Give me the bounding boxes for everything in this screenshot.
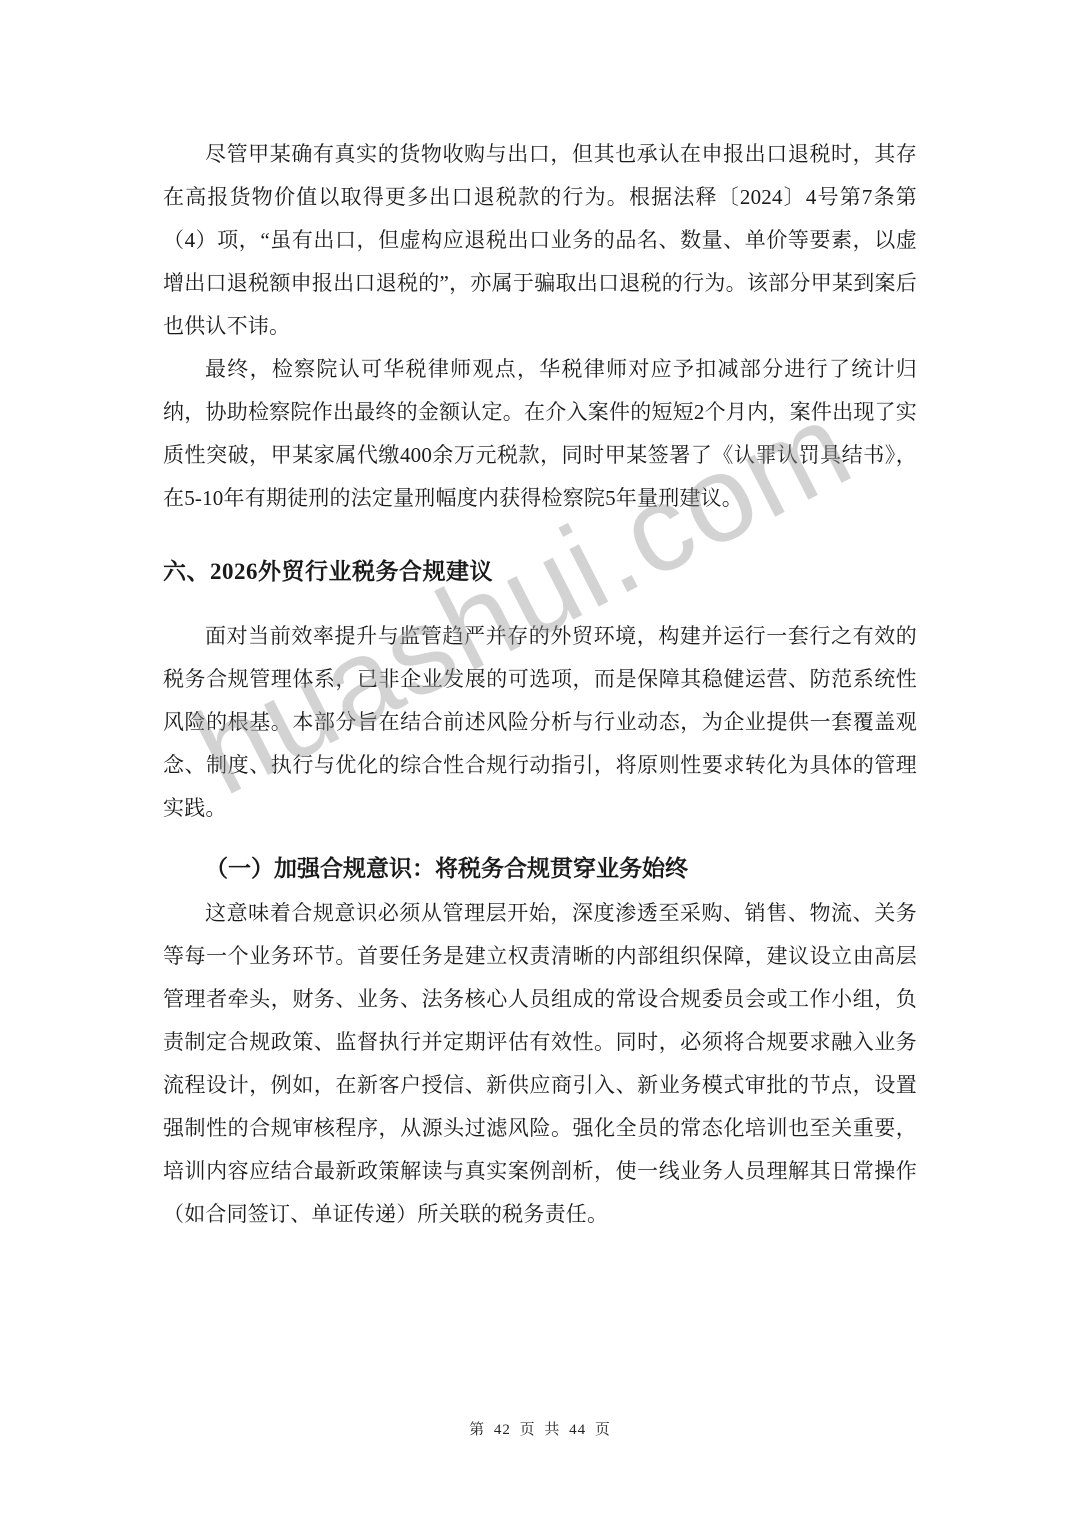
paragraph-subsection-body: 这意味着合规意识必须从管理层开始，深度渗透至采购、销售、物流、关务等每一个业务环… xyxy=(163,892,917,1236)
paragraph-case-outcome: 最终，检察院认可华税律师观点，华税律师对应予扣减部分进行了统计归纳，协助检察院作… xyxy=(163,348,917,520)
paragraph-section-intro: 面对当前效率提升与监管趋严并存的外贸环境，构建并运行一套行之有效的税务合规管理体… xyxy=(163,615,917,830)
section-heading: 六、2026外贸行业税务合规建议 xyxy=(163,552,493,592)
document-page: 尽管甲某确有真实的货物收购与出口，但其也承认在申报出口退税时，其存在高报货物价值… xyxy=(0,0,1080,1529)
paragraph-case-overvaluation: 尽管甲某确有真实的货物收购与出口，但其也承认在申报出口退税时，其存在高报货物价值… xyxy=(163,133,917,348)
subsection-heading: （一）加强合规意识：将税务合规贯穿业务始终 xyxy=(205,848,688,888)
page-number-footer: 第 42 页 共 44 页 xyxy=(0,1418,1080,1439)
